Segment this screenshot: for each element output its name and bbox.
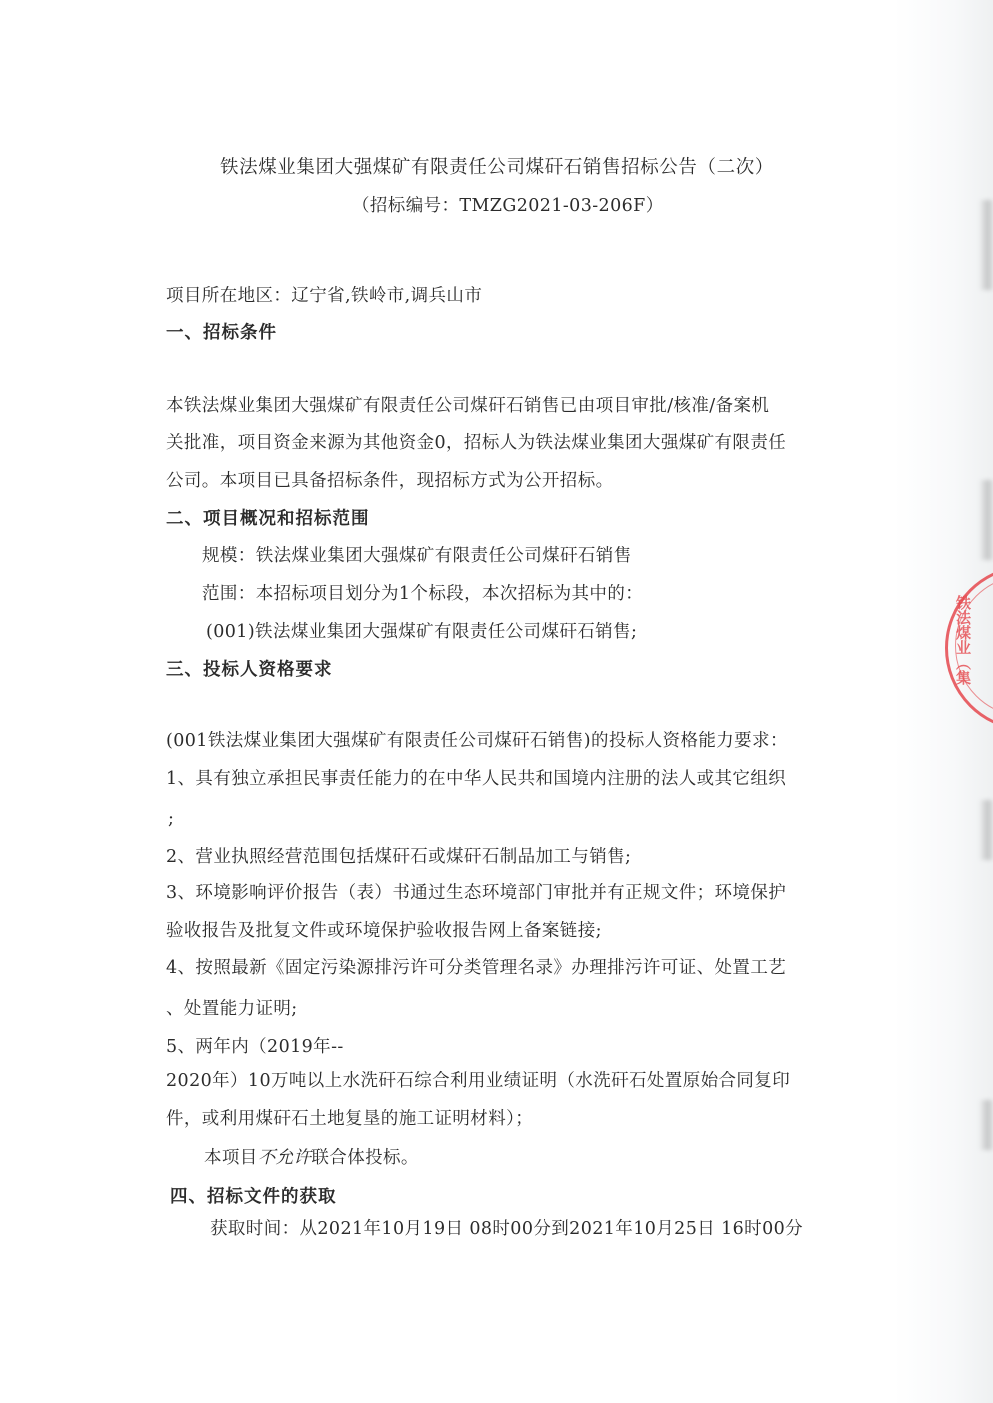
requirement-line-2: 2、营业执照经营范围包括煤矸石或煤矸石制品加工与销售; [166,846,631,868]
document-title: 铁法煤业集团大强煤矿有限责任公司煤矸石销售招标公告（二次） [220,157,774,179]
scan-shadow-mid [979,480,993,560]
requirement-line-1-cont: ; [168,808,174,830]
requirement-line-5-cont: 2020年）10万吨以上水洗矸石综合利用业绩证明（水洗矸石处置原始合同复印 [166,1070,790,1092]
consortium-suffix: 联合体投标。 [311,1148,418,1168]
conditions-paragraph-line-3: 公司。本项目已具备招标条件，现招标方式为公开招标。 [166,470,614,492]
section-heading-document-acquisition: 四、招标文件的获取 [170,1186,337,1208]
company-seal-text: 铁法煤业（集 [955,595,971,685]
qualifications-intro: (001铁法煤业集团大强煤矿有限责任公司煤矸石销售)的投标人资格能力要求： [166,730,788,752]
requirement-line-4: 4、按照最新《固定污染源排污许可分类管理名录》办理排污许可证、处置工艺 [166,957,786,979]
requirement-line-4-cont: 、处置能力证明; [166,998,298,1020]
requirement-line-3-cont: 验收报告及批复文件或环境保护验收报告网上备案链接; [166,920,602,942]
consortium-statement: 本项目不允许联合体投标。 [204,1147,419,1169]
conditions-paragraph-line-2: 关批准，项目资金来源为其他资金0，招标人为铁法煤业集团大强煤矿有限责任 [166,432,786,454]
overview-lot: (001)铁法煤业集团大强煤矿有限责任公司煤矸石销售; [206,621,637,643]
scan-shadow-top [979,200,993,290]
section-heading-overview: 二、项目概况和招标范围 [166,508,370,530]
section-heading-conditions: 一、招标条件 [166,322,277,344]
requirement-line-1: 1、具有独立承担民事责任能力的在中华人民共和国境内注册的法人或其它组织 [166,768,786,790]
requirement-line-5-cont-2: 件，或利用煤矸石土地复垦的施工证明材料）； [166,1108,533,1130]
consortium-prefix: 本项目 [204,1148,258,1168]
requirement-line-3: 3、环境影响评价报告（表）书通过生态环境部门审批并有正规文件；环境保护 [166,882,786,904]
scanned-page: 铁法煤业集团大强煤矿有限责任公司煤矸石销售招标公告（二次） （招标编号：TMZG… [0,0,993,1403]
requirement-line-5: 5、两年内（2019年-- [166,1036,344,1058]
overview-scale: 规模：铁法煤业集团大强煤矿有限责任公司煤矸石销售 [202,545,632,567]
overview-scope: 范围：本招标项目划分为1个标段，本次招标为其中的： [202,583,643,605]
section-heading-qualifications: 三、投标人资格要求 [166,659,333,681]
tender-number: （招标编号：TMZG2021-03-206F） [352,195,664,217]
scan-shadow-lower [979,800,993,860]
scan-shadow-bottom [979,1100,993,1150]
conditions-paragraph-line-1: 本铁法煤业集团大强煤矿有限责任公司煤矸石销售已由项目审批/核准/备案机 [166,395,769,417]
consortium-not-allowed: 不允许 [258,1148,312,1168]
project-location: 项目所在地区：辽宁省,铁岭市,调兵山市 [166,285,482,307]
acquisition-time: 获取时间：从2021年10月19日 08时00分到2021年10月25日 16时… [210,1218,803,1240]
